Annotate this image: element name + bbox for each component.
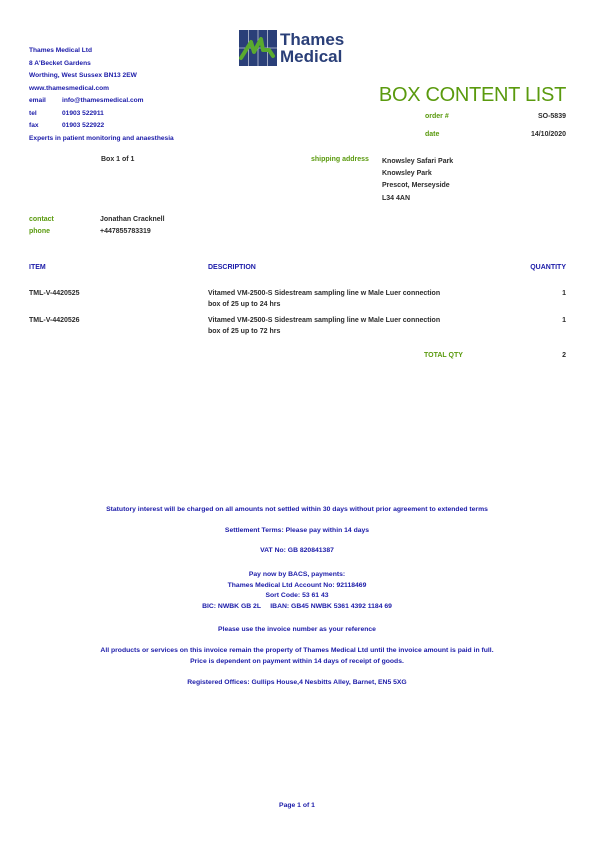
date-label: date [425, 131, 439, 138]
footer-settlement: Settlement Terms: Please pay within 14 d… [0, 526, 594, 537]
item-quantity: 1 [562, 315, 566, 326]
order-number-row: order # SO-5839 [425, 113, 566, 120]
item-description: Vitamed VM-2500-S Sidestream sampling li… [208, 288, 448, 310]
date-value: 14/10/2020 [531, 131, 566, 138]
bacs-line: BIC: NWBK GB 2L IBAN: GB45 NWBK 5361 439… [0, 602, 594, 613]
shipping-address-line: Knowsley Safari Park [382, 156, 453, 168]
reference-text: Please use the invoice number as your re… [0, 625, 594, 636]
order-number-label: order # [425, 113, 449, 120]
company-tagline: Experts in patient monitoring and anaest… [29, 133, 174, 146]
bacs-line: Thames Medical Ltd Account No: 92118469 [0, 581, 594, 592]
contact-block: contact Jonathan Cracknell phone +447855… [29, 214, 165, 238]
company-fax: 01903 522922 [62, 120, 104, 133]
settlement-text: Settlement Terms: Please pay within 14 d… [0, 526, 594, 537]
shipping-address-label: shipping address [311, 156, 369, 163]
company-address-line1: 8 A'Becket Gardens [29, 58, 174, 71]
column-header-description: DESCRIPTION [208, 264, 256, 271]
logo-text: Thames Medical [280, 31, 344, 65]
date-row: date 14/10/2020 [425, 131, 566, 138]
column-header-item: ITEM [29, 264, 46, 271]
logo-line2: Medical [280, 48, 344, 65]
footer-bacs: Pay now by BACS, payments: Thames Medica… [0, 570, 594, 612]
total-qty-label: TOTAL QTY [424, 352, 463, 359]
email-label: email [29, 95, 62, 108]
company-name: Thames Medical Ltd [29, 45, 174, 58]
item-code: TML-V-4420525 [29, 288, 80, 299]
footer-registered: Registered Offices: Gullips House,4 Nesb… [0, 678, 594, 689]
tel-label: tel [29, 108, 62, 121]
item-description: Vitamed VM-2500-S Sidestream sampling li… [208, 315, 448, 337]
bacs-line: Sort Code: 53 61 43 [0, 591, 594, 602]
contact-label: contact [29, 214, 100, 226]
contact-phone: +447855783319 [100, 226, 151, 238]
column-header-quantity: QUANTITY [530, 264, 566, 271]
company-tel: 01903 522911 [62, 108, 104, 121]
footer-property: All products or services on this invoice… [0, 646, 594, 667]
total-qty-value: 2 [562, 352, 566, 359]
company-info: Thames Medical Ltd 8 A'Becket Gardens Wo… [29, 45, 174, 145]
page-number-text: Page 1 of 1 [0, 801, 594, 812]
shipping-address-line: L34 4AN [382, 193, 453, 205]
registered-text: Registered Offices: Gullips House,4 Nesb… [0, 678, 594, 689]
fax-label: fax [29, 120, 62, 133]
company-address-line2: Worthing, West Sussex BN13 2EW [29, 70, 174, 83]
document-title: BOX CONTENT LIST [379, 84, 566, 107]
item-quantity: 1 [562, 288, 566, 299]
bacs-line: Pay now by BACS, payments: [0, 570, 594, 581]
company-fax-row: fax 01903 522922 [29, 120, 174, 133]
shipping-address: Knowsley Safari Park Knowsley Park Presc… [382, 156, 453, 205]
company-email[interactable]: info@thamesmedical.com [62, 95, 144, 108]
footer-reference: Please use the invoice number as your re… [0, 625, 594, 636]
shipping-address-line: Knowsley Park [382, 168, 453, 180]
company-website[interactable]: www.thamesmedical.com [29, 83, 174, 96]
order-number-value: SO-5839 [538, 113, 566, 120]
logo: Thames Medical [239, 30, 344, 66]
page-number: Page 1 of 1 [0, 801, 594, 812]
item-code: TML-V-4420526 [29, 315, 80, 326]
phone-label: phone [29, 226, 100, 238]
footer-vat: VAT No: GB 820841387 [0, 546, 594, 557]
box-count: Box 1 of 1 [101, 156, 134, 163]
shipping-address-line: Prescot, Merseyside [382, 180, 453, 192]
property-line: All products or services on this invoice… [0, 646, 594, 657]
footer-interest: Statutory interest will be charged on al… [0, 505, 594, 516]
company-tel-row: tel 01903 522911 [29, 108, 174, 121]
vat-text: VAT No: GB 820841387 [0, 546, 594, 557]
interest-text: Statutory interest will be charged on al… [0, 505, 594, 516]
property-line: Price is dependent on payment within 14 … [0, 657, 594, 668]
company-email-row: email info@thamesmedical.com [29, 95, 174, 108]
thames-medical-logo-icon [239, 30, 277, 66]
contact-name: Jonathan Cracknell [100, 214, 165, 226]
logo-line1: Thames [280, 31, 344, 48]
